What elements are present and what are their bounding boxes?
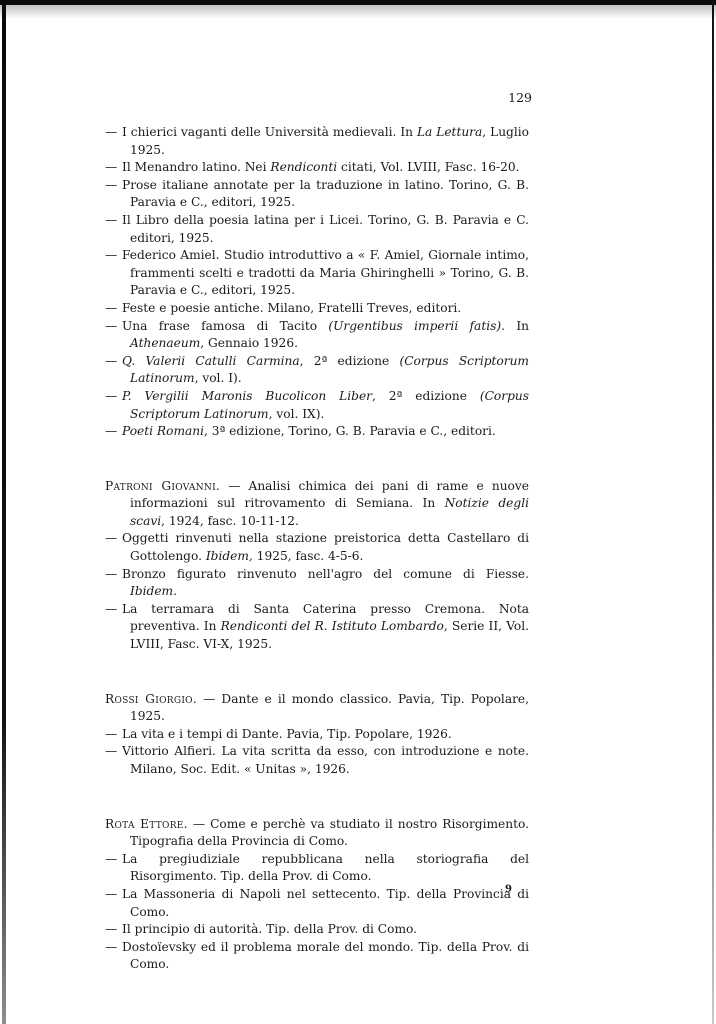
bibliography-entry: —Federico Amiel. Studio introduttivo a «… (105, 247, 529, 300)
entry-dash: — (105, 124, 122, 142)
bibliography-entry: Patroni Giovanni. — Analisi chimica dei … (105, 478, 529, 531)
bibliography-entry: —La terramara di Santa Caterina presso C… (105, 601, 529, 654)
italic-title: La Lettura (417, 125, 482, 139)
entry-dash: — (105, 247, 122, 265)
entry-text: , Gennaio 1926. (200, 336, 298, 350)
italic-title: Ibidem, (206, 549, 253, 563)
author-name: Rossi Giorgio. (105, 692, 197, 706)
entry-text: La vita e i tempi di Dante. Pavia, Tip. … (122, 727, 452, 741)
entry-text: Vittorio Alfieri. La vita scritta da ess… (122, 744, 529, 776)
entry-text: , 2ª edizione (300, 354, 400, 368)
scan-border-right (712, 0, 714, 1024)
bibliography-entry: Rota Ettore. — Come e perchè va studiato… (105, 816, 529, 851)
entry-dash: — (105, 212, 122, 230)
bibliography-entry: —Prose italiane annotate per la traduzio… (105, 177, 529, 212)
entry-text: La pregiudiziale repubblicana nella stor… (122, 852, 529, 884)
entry-dash: — (105, 300, 122, 318)
bibliography-entry: Rossi Giorgio. — Dante e il mondo classi… (105, 691, 529, 726)
entry-text: Il Libro della poesia latina per i Licei… (122, 213, 529, 245)
section-gap (105, 441, 529, 478)
entry-text: Il Menandro latino. Nei (122, 160, 270, 174)
author-name: Rota Ettore. (105, 817, 188, 831)
scan-border-left (2, 0, 6, 1024)
italic-title: Q. Valerii Catulli Carmina (122, 354, 300, 368)
bibliography-entry: —Una frase famosa di Tacito (Urgentibus … (105, 318, 529, 353)
entry-text: 1925, fasc. 4-5-6. (253, 549, 364, 563)
entry-text: Prose italiane annotate per la traduzion… (122, 178, 529, 210)
entry-text: Una frase famosa di Tacito (122, 319, 328, 333)
entry-dash: — (105, 177, 122, 195)
entry-text: , 3ª edizione, Torino, G. B. Paravia e C… (204, 424, 496, 438)
bibliography-entry: —P. Vergilii Maronis Bucolicon Liber, 2ª… (105, 388, 529, 423)
bibliography-entry: —Il Libro della poesia latina per i Lice… (105, 212, 529, 247)
entry-dash: — (105, 353, 122, 371)
entry-dash: — (105, 851, 122, 869)
entry-dash: — (105, 159, 122, 177)
entry-dash: — (105, 921, 122, 939)
entry-dash: — (105, 743, 122, 761)
italic-title: P. Vergilii Maronis Bucolicon Liber (122, 389, 372, 403)
italic-title: Ibidem. (130, 584, 177, 598)
entry-text: citati, Vol. LVIII, Fasc. 16-20. (337, 160, 519, 174)
italic-title: Poeti Romani (122, 424, 204, 438)
bibliography-entry: —Vittorio Alfieri. La vita scritta da es… (105, 743, 529, 778)
author-section: Rota Ettore. — Come e perchè va studiato… (105, 816, 529, 974)
entry-text: , 1924, fasc. 10-11-12. (161, 514, 299, 528)
author-section: Rossi Giorgio. — Dante e il mondo classi… (105, 691, 529, 779)
entry-text: , vol. I). (195, 371, 242, 385)
entry-dash: — (105, 566, 122, 584)
entry-text: Federico Amiel. Studio introduttivo a « … (122, 248, 529, 297)
italic-title: Rendiconti del R. Istituto Lombardo (221, 619, 444, 633)
bibliography-entry: —Dostoïevsky ed il problema morale del m… (105, 939, 529, 974)
page-number: 129 (492, 90, 532, 105)
bibliography-entry: —Feste e poesie antiche. Milano, Fratell… (105, 300, 529, 318)
entry-text: I chierici vaganti delle Università medi… (122, 125, 417, 139)
section-gap (105, 654, 529, 691)
bibliography-entry: —La Massoneria di Napoli nel settecento.… (105, 886, 529, 921)
italic-title: Athenaeum (130, 336, 200, 350)
entry-dash: — (105, 726, 122, 744)
section-gap (105, 779, 529, 816)
entry-text: Feste e poesie antiche. Milano, Fratelli… (122, 301, 461, 315)
bibliography-entry: —Il Menandro latino. Nei Rendiconti cita… (105, 159, 529, 177)
bibliography-entry: —Bronzo figurato rinvenuto nell'agro del… (105, 566, 529, 601)
italic-title: (Urgentibus imperii fatis) (328, 319, 501, 333)
signature-mark: 9 (505, 884, 512, 895)
entry-dash: — (105, 601, 122, 619)
bibliography-entry: —La pregiudiziale repubblicana nella sto… (105, 851, 529, 886)
entry-dash: — (105, 939, 122, 957)
entry-text: . In (501, 319, 529, 333)
scan-noise-top (0, 5, 716, 19)
author-separator: — (220, 479, 248, 493)
entry-text: , 2ª edizione (372, 389, 480, 403)
entry-dash: — (105, 388, 122, 406)
entry-text: Il principio di autorità. Tip. della Pro… (122, 922, 417, 936)
bibliography-entry: —I chierici vaganti delle Università med… (105, 124, 529, 159)
author-name: Patroni Giovanni. (105, 479, 220, 493)
entry-dash: — (105, 423, 122, 441)
entry-text: Dostoïevsky ed il problema morale del mo… (122, 940, 529, 972)
bibliography-entry: —Poeti Romani, 3ª edizione, Torino, G. B… (105, 423, 529, 441)
author-separator: — (197, 692, 221, 706)
entry-text: La Massoneria di Napoli nel settecento. … (122, 887, 529, 919)
bibliography: —I chierici vaganti delle Università med… (105, 124, 529, 974)
entry-text: , vol. IX). (269, 407, 325, 421)
entry-dash: — (105, 530, 122, 548)
author-separator: — (188, 817, 210, 831)
bibliography-entry: —Il principio di autorità. Tip. della Pr… (105, 921, 529, 939)
entry-dash: — (105, 886, 122, 904)
bibliography-entry: —La vita e i tempi di Dante. Pavia, Tip.… (105, 726, 529, 744)
bibliography-entry: —Oggetti rinvenuti nella stazione preist… (105, 530, 529, 565)
entry-text: Bronzo figurato rinvenuto nell'agro del … (122, 567, 529, 581)
author-section: Patroni Giovanni. — Analisi chimica dei … (105, 478, 529, 654)
bibliography-entry: —Q. Valerii Catulli Carmina, 2ª edizione… (105, 353, 529, 388)
author-section: —I chierici vaganti delle Università med… (105, 124, 529, 441)
entry-dash: — (105, 318, 122, 336)
italic-title: Rendiconti (270, 160, 337, 174)
